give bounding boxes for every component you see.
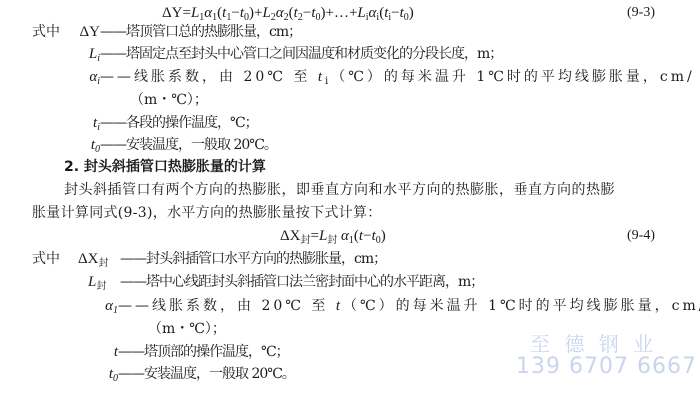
def-symbol: Li (80, 44, 100, 64)
def-text: ——塔固定点至封头中心管口之间因温度和材质变化的分段长度，m； (100, 46, 502, 62)
eq-term: α (341, 228, 349, 244)
def-symbol-text: α (105, 298, 113, 314)
def-text: ——安装温度，一般取 20℃。 (100, 137, 277, 153)
def-inline-symbol: t (318, 69, 325, 85)
eq-paren: ) (381, 228, 386, 244)
eq-term: α (204, 5, 212, 21)
equation-number-9-4: (9-4) (627, 228, 655, 244)
eq-lhs: ΔY (162, 5, 182, 21)
def-alpha-i: αi——线胀系数，由 20℃ 至 ti（℃）的每米温升 1℃时的平均线膨胀量，c… (82, 67, 695, 87)
def-symbol: α1 (100, 296, 118, 316)
def-inline-symbol: t (336, 298, 343, 314)
def-text: （℃）的每米温升 1℃时的平均线膨胀量，cm/ (331, 69, 695, 85)
watermark-phone: 139 6707 6667 (516, 354, 697, 379)
eq-term: α (276, 5, 284, 21)
def-text: ——线胀系数，由 20℃ 至 (100, 69, 318, 85)
def-symbol: ti (84, 113, 100, 133)
equation-9-3: ΔY=L1α1(t1−t0)+L2α2(t2−t0)+…+Liαi(ti−t0) (162, 3, 414, 23)
eq-term: L (357, 5, 365, 21)
def-delta-x-feng: ΔX封——封头斜插管口水平方向的热膨胀量，cm； (78, 249, 386, 269)
def-text: （m・℃）； (148, 321, 226, 337)
def-text: （m・℃）； (130, 92, 208, 108)
section-heading: 2. 封头斜插管口热膨胀量的计算 (64, 157, 266, 177)
where-label-2: 式中 (32, 249, 60, 269)
eq-sub: 封 (327, 235, 337, 246)
eq-equals: = (310, 228, 318, 244)
def-symbol-text: ΔX (78, 251, 98, 267)
watermark-company: 至 德 钢 业 (530, 328, 657, 357)
def-symbol-sub: 封 (96, 281, 106, 292)
def-text: ——塔顶部的操作温度，℃； (118, 344, 289, 360)
def-text: （℃）的每米温升 1℃时的平均线膨胀量，cm/ (343, 298, 700, 314)
where-label-text: 式中 (32, 24, 60, 40)
def-text: ——塔中心线距封头斜插管口法兰密封面中心的水平距离，m； (120, 274, 483, 290)
def-t-0-2: t0——安装温度，一般取 20℃。 (102, 364, 295, 384)
where-label-text: 式中 (32, 251, 60, 267)
eq-term: L (262, 5, 270, 21)
where-label: 式中 (32, 22, 60, 42)
eq-minus: − (363, 228, 371, 244)
def-text: ——安装温度，一般取 20℃。 (118, 366, 295, 382)
def-symbol: L封 (88, 272, 120, 292)
def-symbol-text: ΔY (80, 24, 100, 40)
def-symbol: αi (82, 67, 100, 87)
def-delta-y: ΔY——塔顶管口总的热膨胀量，cm； (78, 22, 301, 42)
def-alpha-1-cont: （m・℃）； (148, 319, 226, 339)
def-l-feng: L封——塔中心线距封头斜插管口法兰密封面中心的水平距离，m； (88, 272, 483, 292)
eq-sub: i (388, 12, 391, 23)
def-text: ——封头斜插管口水平方向的热膨胀量，cm； (120, 251, 386, 267)
def-symbol: t0 (102, 364, 118, 384)
def-text: ——塔顶管口总的热膨胀量，cm； (100, 24, 301, 40)
def-symbol: t0 (84, 135, 100, 155)
paragraph-line-2: 胀量计算同式(9-3)，水平方向的热膨胀量按下式计算： (32, 203, 382, 223)
def-t: t——塔顶部的操作温度，℃； (106, 342, 289, 362)
eq-sub: i (376, 12, 379, 23)
def-text: ——各段的操作温度，℃； (100, 115, 258, 131)
def-symbol-text: L (89, 46, 97, 62)
paragraph-line-1: 封头斜插管口有两个方向的热膨胀，即垂直方向和水平方向的热膨胀，垂直方向的热膨 (64, 180, 615, 200)
def-text: ——线胀系数，由 20℃ 至 (118, 298, 336, 314)
def-alpha-i-cont: （m・℃）； (130, 90, 208, 110)
eq-sub: 封 (300, 235, 310, 246)
def-t-0: t0——安装温度，一般取 20℃。 (84, 135, 277, 155)
eq-equals: = (182, 5, 190, 21)
def-t-i: ti——各段的操作温度，℃； (84, 113, 258, 133)
def-l-i: Li——塔固定点至封头中心管口之间因温度和材质变化的分段长度，m； (80, 44, 502, 64)
equation-number-9-3: (9-3) (627, 5, 655, 21)
eq-lhs: ΔX (280, 228, 300, 244)
def-symbol: ΔX封 (78, 249, 120, 269)
def-symbol-sub: 封 (98, 258, 108, 269)
def-alpha-1: α1——线胀系数，由 20℃ 至 t（℃）的每米温升 1℃时的平均线膨胀量，cm… (100, 296, 700, 316)
equation-9-4: ΔX封=L封 α1(t−t0) (280, 226, 386, 246)
eq-ellipsis: +…+ (325, 5, 357, 21)
eq-sub: 0 (404, 12, 409, 23)
def-symbol: t (106, 342, 118, 362)
eq-sub: 0 (315, 12, 320, 23)
def-symbol: ΔY (78, 22, 100, 42)
